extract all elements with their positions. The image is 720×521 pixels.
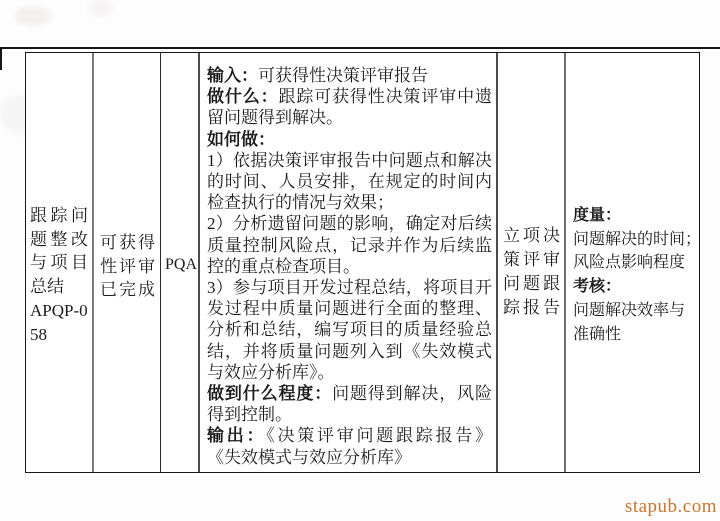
watermark-text: stapub.com bbox=[625, 496, 717, 518]
activity-line: 控的重点检查项目。 bbox=[207, 256, 492, 277]
activity-line: 3）参与项目开发过程总结，将项目开 bbox=[207, 277, 492, 298]
measure-line: 问题解决效率与 bbox=[573, 299, 695, 323]
role-cell: PQA bbox=[161, 53, 200, 472]
activity-line: 得到控制。 bbox=[207, 404, 492, 425]
activity-line: 如何做： bbox=[207, 129, 492, 150]
process-id-line: 跟踪问 bbox=[30, 204, 88, 228]
entry-criteria-line: 已完成 bbox=[100, 278, 155, 302]
output-document-line: 立项决 bbox=[503, 224, 560, 248]
process-id-line: 58 bbox=[30, 323, 88, 347]
activity-line: 发过程中质量问题进行全面的整理、 bbox=[207, 298, 492, 319]
measure-line: 准确性 bbox=[573, 323, 695, 347]
output-document-cell: 立项决 策评审 问题跟 踪报告 bbox=[498, 53, 566, 472]
scan-stain bbox=[14, 6, 52, 26]
activity-line: 质量控制风险点，记录并作为后续监 bbox=[207, 235, 492, 256]
activity-line: 留问题得到解决。 bbox=[207, 107, 492, 128]
activity-line: 检查执行的情况与效果； bbox=[207, 192, 492, 213]
process-id-cell: 跟踪问 题整改 与项目 总结 APQP-0 58 bbox=[26, 53, 94, 472]
process-id-line: 总结 bbox=[30, 275, 88, 299]
entry-criteria-line: 性评审 bbox=[100, 255, 155, 279]
activity-line: 2）分析遗留问题的影响，确定对后续 bbox=[207, 213, 492, 234]
process-id-line: 题整改 bbox=[30, 228, 88, 252]
activity-line: 输出：《决策评审问题跟踪报告》 bbox=[207, 425, 492, 446]
activity-line: 结，并将质量问题列入到《失效模式 bbox=[207, 341, 492, 362]
entry-criteria-cell: 可获得 性评审 已完成 bbox=[94, 53, 161, 472]
activity-description-cell: 输入：可获得性决策评审报告 做什么：跟踪可获得性决策评审中遗 留问题得到解决。 … bbox=[200, 53, 498, 472]
output-document-line: 踪报告 bbox=[503, 296, 560, 320]
activity-line: 1）依据决策评审报告中问题点和解决 bbox=[207, 150, 492, 171]
measure-line: 度量： bbox=[573, 204, 695, 228]
measure-line: 考核： bbox=[573, 275, 695, 299]
entry-criteria-line: 可获得 bbox=[100, 231, 155, 255]
role-label: PQA bbox=[165, 253, 196, 276]
process-table-row: 跟踪问 题整改 与项目 总结 APQP-0 58 可获得 性评审 已完成 PQA… bbox=[25, 52, 700, 473]
top-horizontal-rule bbox=[0, 47, 720, 49]
activity-line: 《失效模式与效应分析库》 bbox=[207, 447, 492, 468]
activity-line: 与效应分析库》。 bbox=[207, 362, 492, 383]
output-document-line: 策评审 bbox=[503, 248, 560, 272]
activity-line: 分析和总结，编写项目的质量经验总 bbox=[207, 319, 492, 340]
process-id-line: APQP-0 bbox=[30, 299, 88, 323]
activity-line: 做什么：跟踪可获得性决策评审中遗 bbox=[207, 86, 492, 107]
activity-line: 做到什么程度：问题得到解决，风险 bbox=[207, 383, 492, 404]
scan-stain bbox=[88, 0, 114, 16]
measure-line: 风险点影响程度 bbox=[573, 251, 695, 275]
left-edge-border-tick bbox=[0, 49, 2, 70]
measure-line: 问题解决的时间； bbox=[573, 228, 695, 252]
activity-line: 的时间、人员安排，在规定的时间内 bbox=[207, 171, 492, 192]
output-document-line: 问题跟 bbox=[503, 272, 560, 296]
activity-line: 输入：可获得性决策评审报告 bbox=[207, 65, 492, 86]
scanned-document-page: 跟踪问 题整改 与项目 总结 APQP-0 58 可获得 性评审 已完成 PQA… bbox=[0, 0, 720, 521]
measure-assess-cell: 度量： 问题解决的时间； 风险点影响程度 考核： 问题解决效率与 准确性 bbox=[566, 53, 699, 472]
process-id-line: 与项目 bbox=[30, 251, 88, 275]
